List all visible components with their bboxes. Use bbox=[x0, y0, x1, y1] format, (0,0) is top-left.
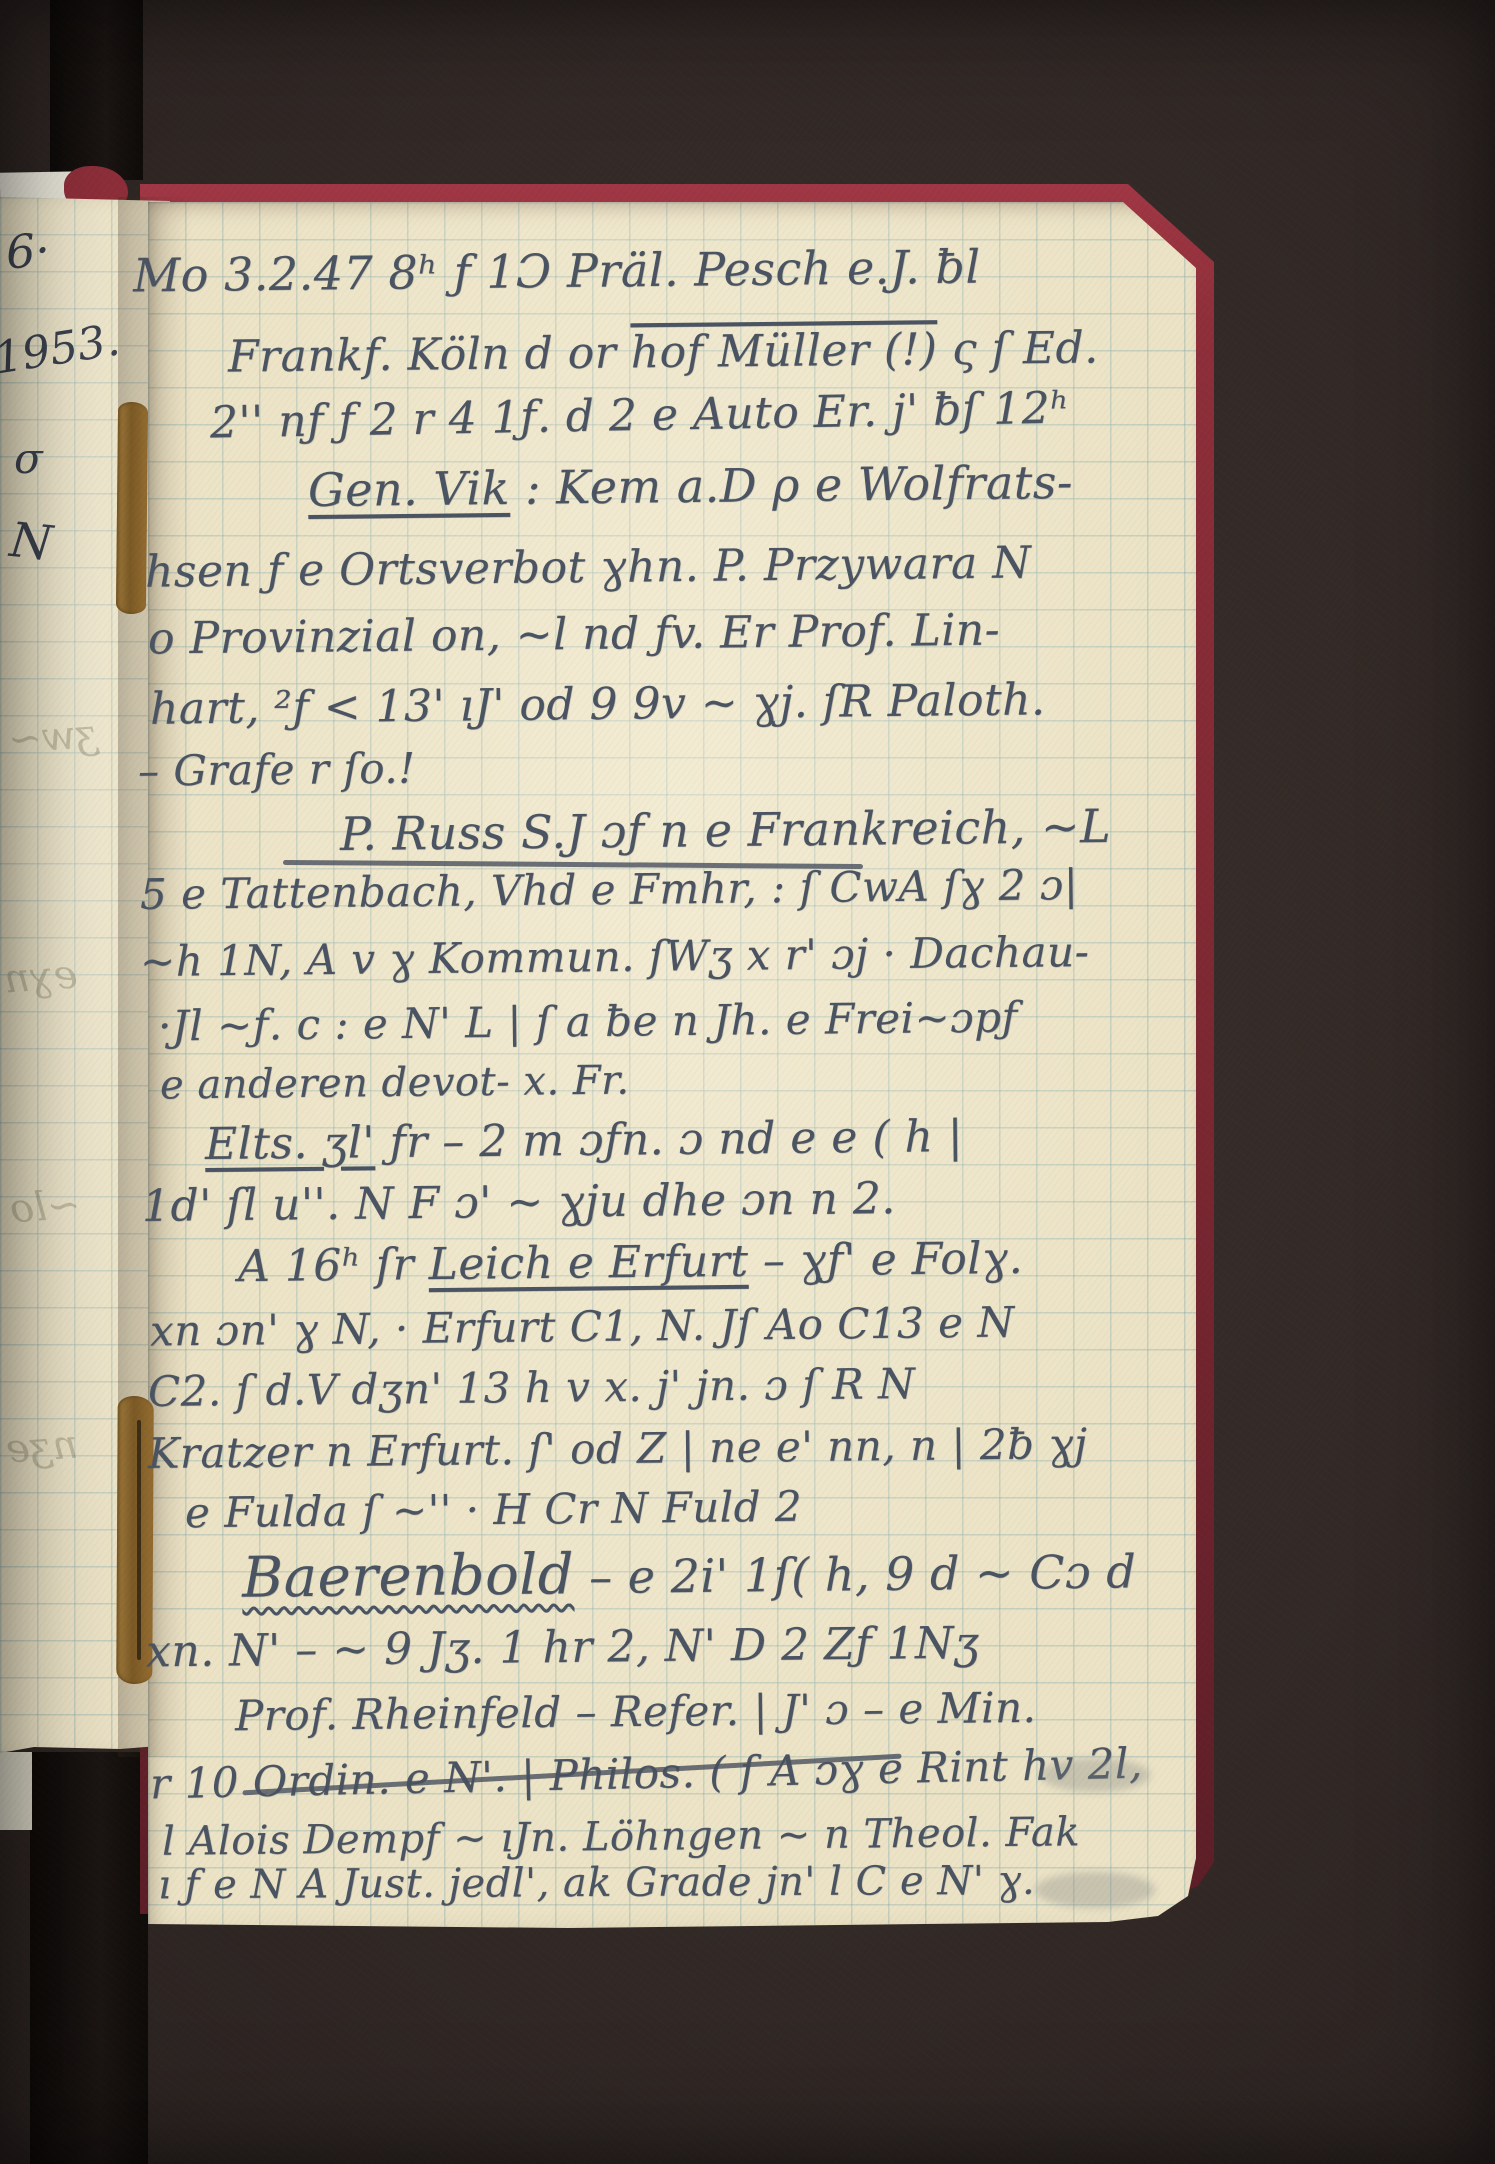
bleed-through-mark: ~lo bbox=[9, 1185, 82, 1230]
handwriting-line-heading: Prof. Rheinfeld – Refer. | J' ɔ – e Min. bbox=[235, 1686, 1037, 1738]
handwriting-line-date: Mo 3.2.47 8ʰ ƒ 1Ɔ Präl. Pesch e.J. ƀl bbox=[133, 243, 981, 300]
bleed-through-mark: nʒe bbox=[5, 1425, 80, 1470]
pencil-smudge bbox=[1035, 1872, 1155, 1908]
bleed-through-mark: ʒw~ bbox=[7, 714, 100, 760]
book-spine-top bbox=[50, 0, 143, 180]
page-edge-sliver-bottom bbox=[0, 1752, 32, 1830]
handwriting-line: ı ƒ e N A Just. jedl', ak Grade jn' l C … bbox=[158, 1860, 1035, 1907]
handwriting-line: hart, ²ƒ < 13' ıJ' od 9 9v ~ ɣj. ſR Palo… bbox=[150, 677, 1046, 733]
handwriting-line: xn ɔn' ɣ N, · Erfurt C1, N. Jſ Ao C13 e … bbox=[150, 1300, 1015, 1353]
handwriting-line-heading: Elts. ʒl' ƒr – 2 m ɔƒn. ɔ nd e e ( h | bbox=[205, 1114, 964, 1168]
handwriting-line: ~h 1N, A v ɣ Kommun. ſWʒ x r' ɔj · Dacha… bbox=[140, 930, 1090, 984]
handwriting-line: l Alois Dempf ~ ıJn. Löhngen ~ n Theol. … bbox=[162, 1811, 1080, 1863]
margin-note: σ bbox=[14, 438, 43, 480]
tape-strip-shadow bbox=[137, 1420, 141, 1660]
handwriting-line: – Grafe r ſo.! bbox=[138, 747, 416, 794]
handwriting-line-heading: P. Russ S.J ɔƒ n e Frankreich, ~L bbox=[340, 802, 1111, 858]
pencil-smudge bbox=[1040, 1758, 1150, 1792]
handwriting-line-heading: Baerenbold – e 2i' 1ſ( h, 9 d ~ Cɔ d bbox=[242, 1540, 1137, 1608]
handwriting-line: 1d' ſl u''. N F ɔ' ~ ɣju dhe ɔn n 2. bbox=[142, 1176, 896, 1230]
handwriting-line: Frankf. Köln d or hof Müller (!) ς ſ Ed. bbox=[228, 325, 1099, 380]
book-spine-bottom bbox=[30, 1752, 148, 2164]
scanned-notebook-photo: ʒw~ eɣn ~lo nʒe 6· 1953. σ N Mo 3.2.47 8… bbox=[0, 0, 1495, 2164]
handwriting-line: o Provinzial on, ~l nd ƒv. Er Prof. Lin- bbox=[148, 608, 1000, 663]
handwriting-line: C2. ſ d.V dʒn' 13 h v x. j' jn. ɔ ſ R N bbox=[148, 1362, 916, 1414]
handwriting-line: xn. N' – ~ 9 Jʒ. 1 hr 2, N' D 2 Zƒ 1Nʒ bbox=[146, 1621, 980, 1676]
handwriting-line: Kratzer n Erfurt. ſ' od Z | ne e' nn, n … bbox=[148, 1422, 1088, 1476]
handwriting-line-heading: A 16ʰ ſr Leich e Erfurt – ɣƒ' e Folɣ. bbox=[238, 1236, 1024, 1290]
handwriting-line-heading: Gen. Vik : Kem a.D ρ e Wolfrats- bbox=[308, 458, 1073, 514]
margin-note: N bbox=[8, 516, 55, 568]
tape-strip bbox=[116, 402, 148, 614]
bleed-through-mark: eɣn bbox=[3, 954, 79, 999]
margin-note: 6· bbox=[4, 227, 51, 276]
handwriting-line: e Fulda ſ ~'' · H Cr N Fuld 2 bbox=[185, 1485, 802, 1536]
handwriting-line: hsen ƒ e Ortsverbot ɣhn. P. Przywara N bbox=[145, 540, 1032, 595]
handwriting-line: e anderen devot- x. Fr. bbox=[160, 1060, 630, 1107]
handwriting-line: 5 e Tattenbach, Vhd e Fmhr, : ſ CwA ſɣ 2… bbox=[140, 863, 1079, 917]
handwriting-line: ·Jl ~ƒ. c : e N' L | ſ a ƀe n Jh. e Frei… bbox=[158, 996, 1018, 1049]
